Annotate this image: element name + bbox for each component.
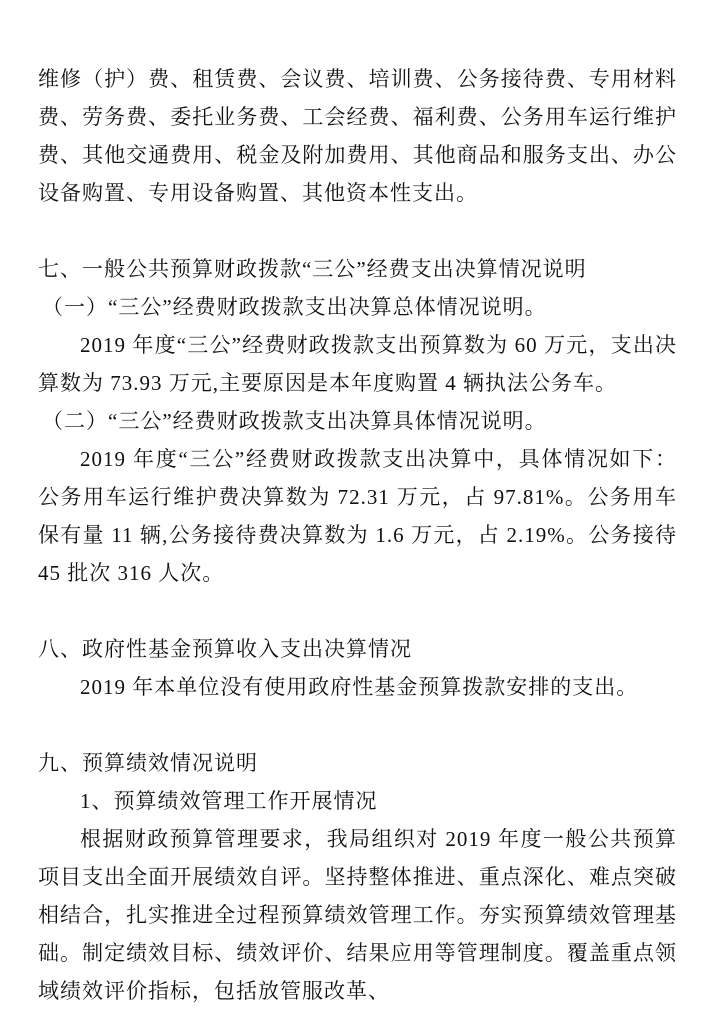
section-7-paragraph-1: 2019 年度“三公”经费财政拨款支出预算数为 60 万元，支出决算数为 73.… (38, 326, 677, 402)
section-7-subheading-1: （一）“三公”经费财政拨款支出决算总体情况说明。 (38, 288, 677, 326)
section-9-heading: 九、预算绩效情况说明 (38, 744, 677, 782)
section-7-subheading-2: （二）“三公”经费财政拨款支出决算具体情况说明。 (38, 402, 677, 440)
section-8-heading: 八、政府性基金预算收入支出决算情况 (38, 630, 677, 668)
section-8-paragraph-1: 2019 年本单位没有使用政府性基金预算拨款安排的支出。 (38, 668, 677, 706)
document-page: 维修（护）费、租赁费、会议费、培训费、公务接待费、专用材料费、劳务费、委托业务费… (0, 0, 714, 1010)
section-7-heading: 七、一般公共预算财政拨款“三公”经费支出决算情况说明 (38, 250, 677, 288)
paragraph-expense-items-carryover: 维修（护）费、租赁费、会议费、培训费、公务接待费、专用材料费、劳务费、委托业务费… (38, 60, 677, 212)
section-9-paragraph-1: 根据财政预算管理要求，我局组织对 2019 年度一般公共预算项目支出全面开展绩效… (38, 820, 677, 1010)
section-9-subheading-1: 1、预算绩效管理工作开展情况 (38, 782, 677, 820)
section-7-paragraph-2: 2019 年度“三公”经费财政拨款支出决算中，具体情况如下：公务用车运行维护费决… (38, 440, 677, 592)
